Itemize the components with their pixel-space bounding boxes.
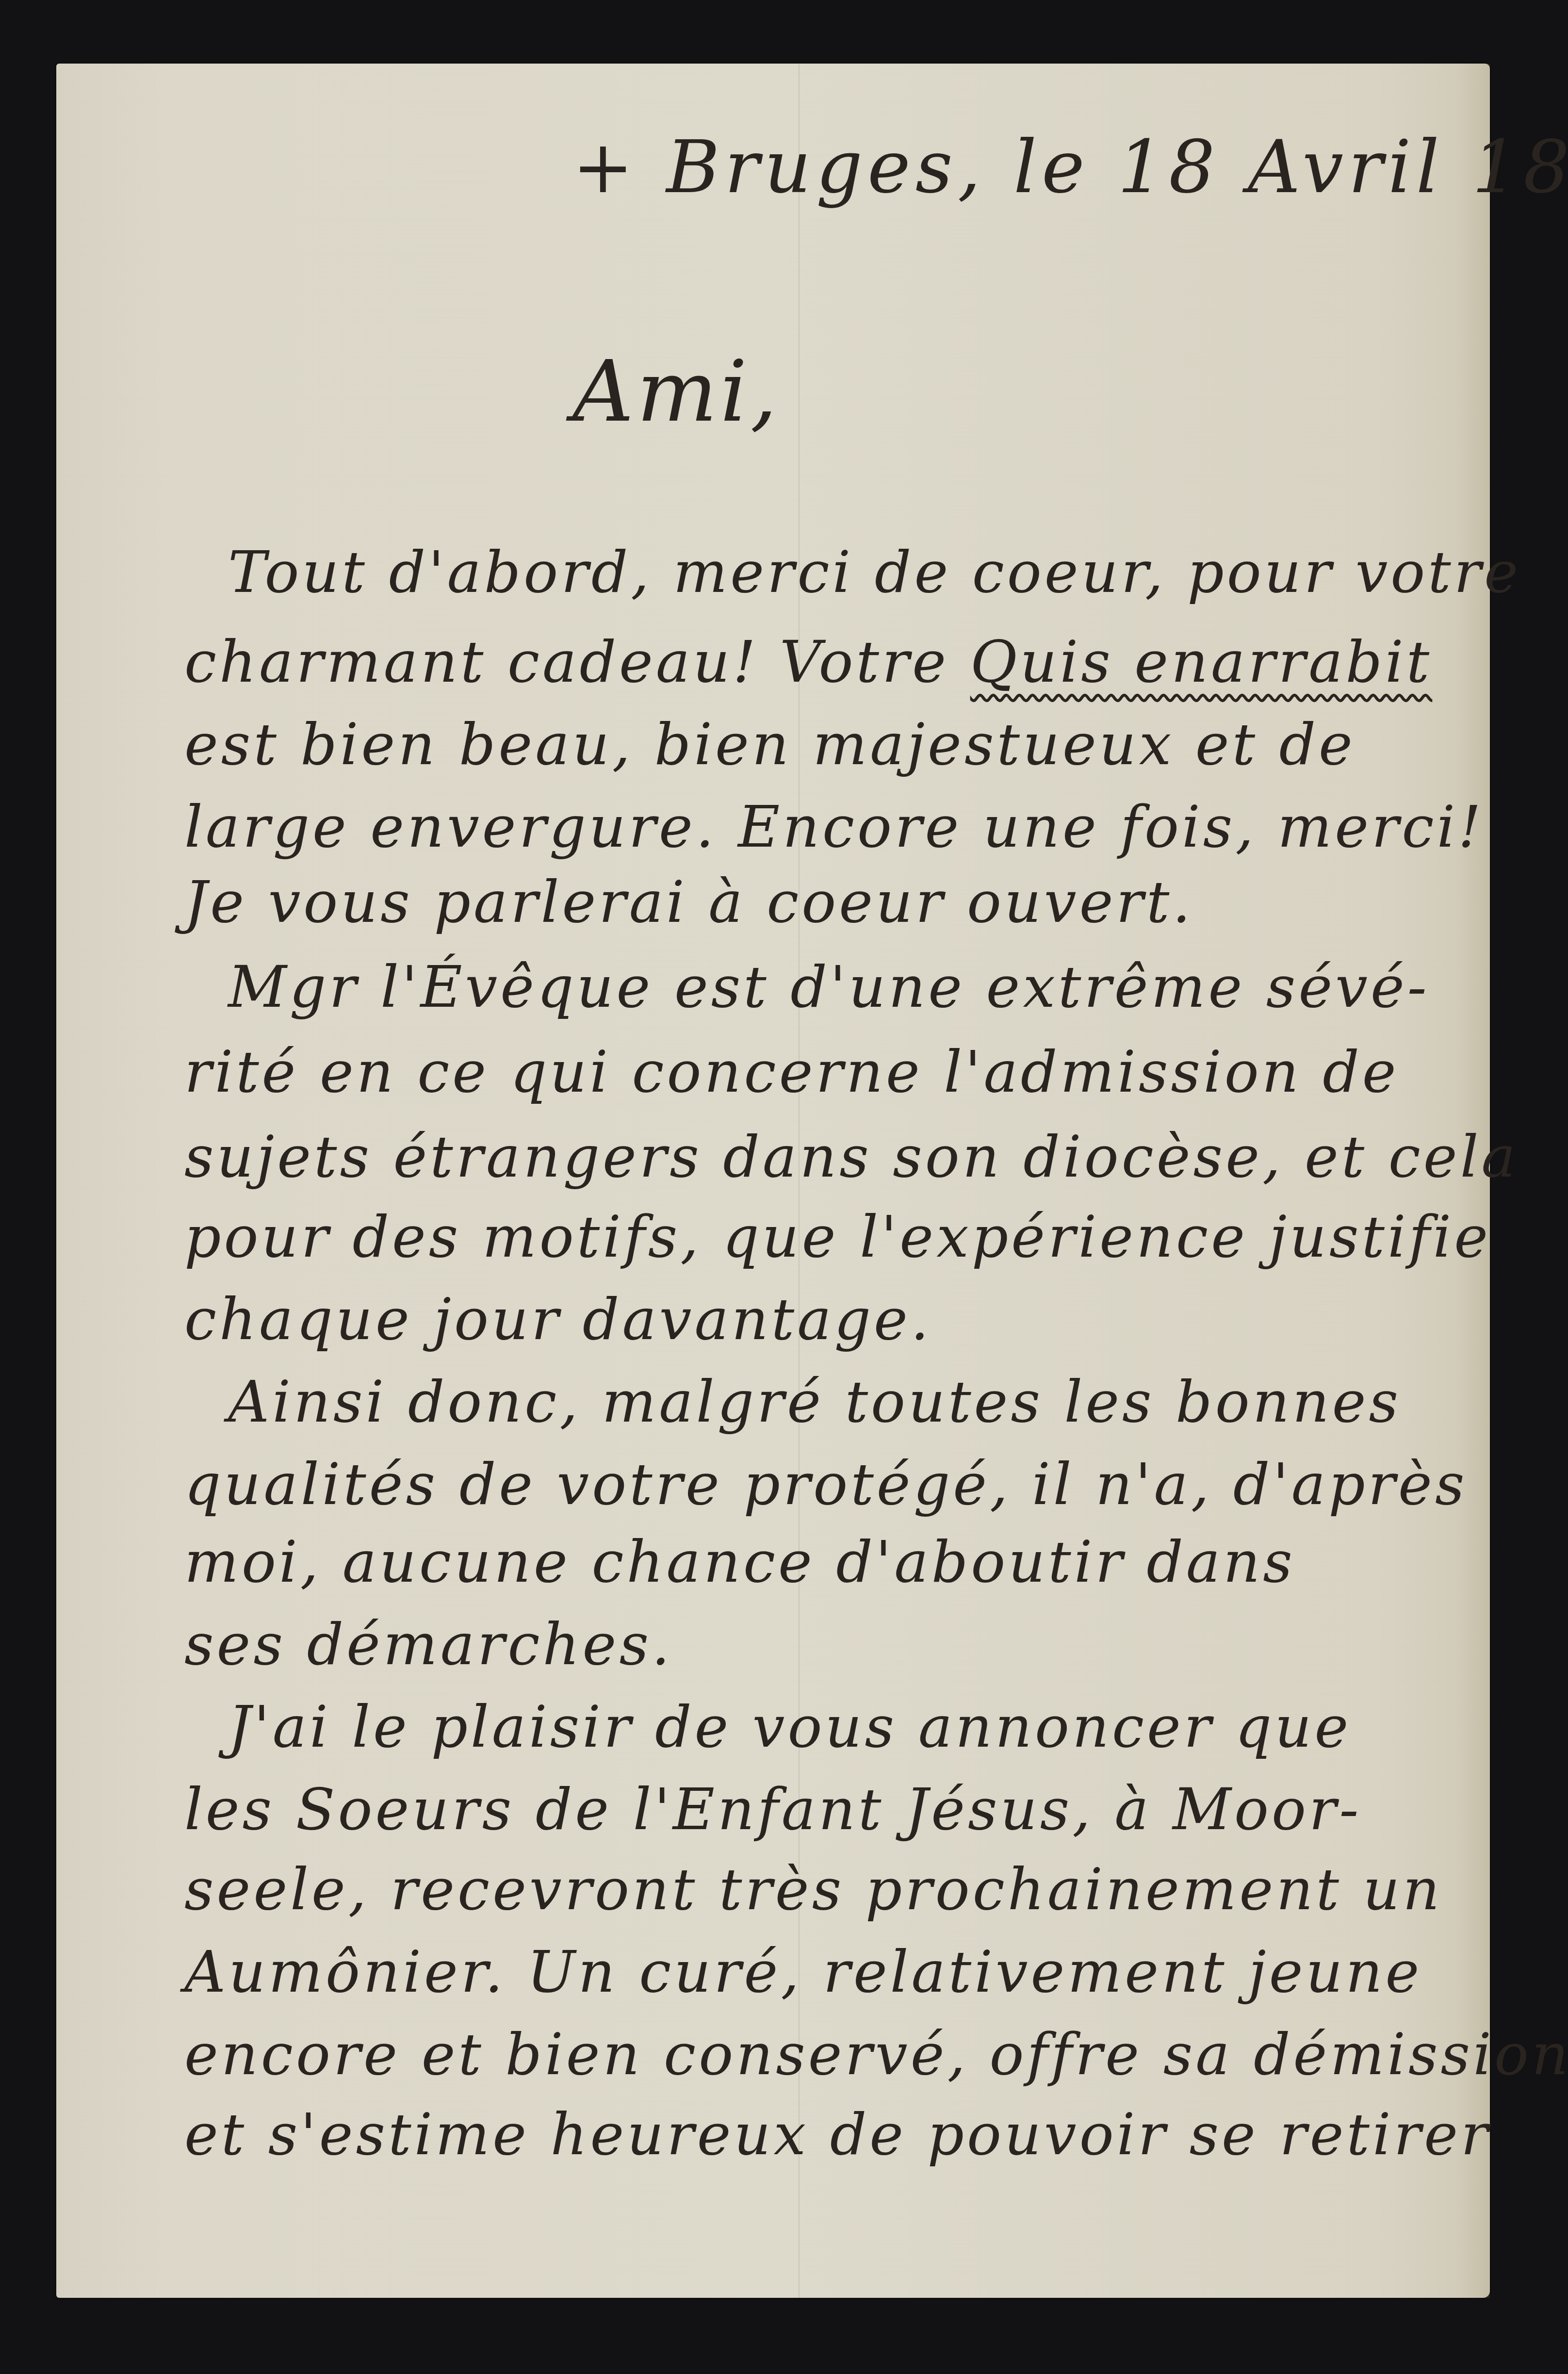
paragraph-3-line-2: qualités de votre protégé, il n'a, d'apr… bbox=[184, 1456, 1468, 1513]
paragraph-2-line-3: sujets étrangers dans son diocèse, et ce… bbox=[184, 1128, 1519, 1185]
paragraph-2-line-4: pour des motifs, que l'expérience justif… bbox=[184, 1208, 1491, 1265]
paragraph-4-line-4: Aumônier. Un curé, relativement jeune bbox=[184, 1943, 1422, 2000]
paragraph-4-line-2: les Soeurs de l'Enfant Jésus, à Moor- bbox=[184, 1781, 1361, 1838]
paragraph-4-line-5: encore et bien conservé, offre sa démiss… bbox=[184, 2026, 1568, 2083]
paragraph-1-line-5: Je vous parlerai à coeur ouvert. bbox=[184, 873, 1193, 931]
paragraph-3-line-3: moi, aucune chance d'aboutir dans bbox=[184, 1533, 1295, 1590]
paragraph-1-line-3: est bien beau, bien majestueux et de bbox=[184, 716, 1356, 773]
paragraph-4-line-6: et s'estime heureux de pouvoir se retire… bbox=[184, 2106, 1491, 2163]
underlined-title: Quis enarrabit bbox=[970, 628, 1433, 695]
paragraph-2-line-1: Mgr l'Évêque est d'une extrême sévé- bbox=[228, 958, 1430, 1015]
paragraph-4-line-3: seele, recevront très prochainement un bbox=[184, 1861, 1442, 1918]
paragraph-1-line-1: Tout d'abord, merci de coeur, pour votre bbox=[228, 543, 1521, 601]
paragraph-2-line-2: rité en ce qui concerne l'admission de bbox=[184, 1043, 1399, 1100]
salutation: Ami, bbox=[572, 349, 780, 434]
paragraph-3-line-4: ses démarches. bbox=[184, 1616, 672, 1673]
scan-background: + Bruges, le 18 Avril 1896. Ami, Tout d'… bbox=[0, 0, 1568, 2374]
paragraph-1-line-4: large envergure. Encore une fois, merci! bbox=[184, 798, 1484, 855]
paragraph-4-line-1: J'ai le plaisir de vous annoncer que bbox=[228, 1698, 1351, 1755]
paragraph-2-line-5: chaque jour davantage. bbox=[184, 1291, 931, 1348]
dateline: + Bruges, le 18 Avril 1896. bbox=[572, 131, 1568, 204]
paragraph-3-line-1: Ainsi donc, malgré toutes les bonnes bbox=[228, 1373, 1401, 1430]
paragraph-1-line-2: charmant cadeau! Votre Quis enarrabit bbox=[184, 633, 1432, 690]
